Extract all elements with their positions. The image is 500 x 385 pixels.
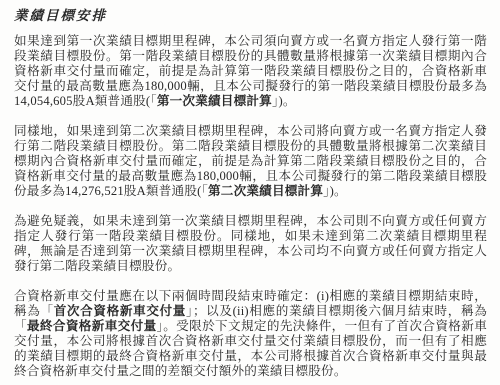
document-page: 業績目標安排 如果達到第一次業績目標期里程碑，本公司須向賣方或一名賣方指定人發行… — [0, 0, 500, 379]
paragraph-second-performance-target: 同樣地，如果達到第二次業績目標期里程碑，本公司將向賣方或一名賣方指定人發行第二階… — [14, 124, 487, 199]
defined-term-second-calculation: 第二次業績目標計算 — [208, 184, 323, 198]
text-run: 」)。 — [323, 184, 347, 198]
defined-term-first-calculation: 第一次業績目標計算 — [157, 94, 272, 108]
text-run: 」)。 — [272, 94, 296, 108]
paragraph-qualified-delivery-volume: 合資格新車交付量應在以下兩個時間段結束時確定：(i)相應的業績目標期結束時，稱為… — [14, 289, 487, 379]
page-title: 業績目標安排 — [14, 8, 487, 24]
defined-term-initial-delivery-volume: 首次合資格新車交付量 — [54, 304, 186, 318]
text-run: 為避免疑義，如果未達到第一次業績目標期里程碑，本公司則不向賣方或任何賣方指定人發… — [14, 214, 487, 273]
paragraph-avoidance-of-doubt: 為避免疑義，如果未達到第一次業績目標期里程碑，本公司則不向賣方或任何賣方指定人發… — [14, 214, 487, 274]
paragraph-first-performance-target: 如果達到第一次業績目標期里程碑，本公司須向賣方或一名賣方指定人發行第一階段業績目… — [14, 34, 487, 109]
defined-term-final-delivery-volume: 最終合資格新車交付量 — [27, 319, 157, 333]
